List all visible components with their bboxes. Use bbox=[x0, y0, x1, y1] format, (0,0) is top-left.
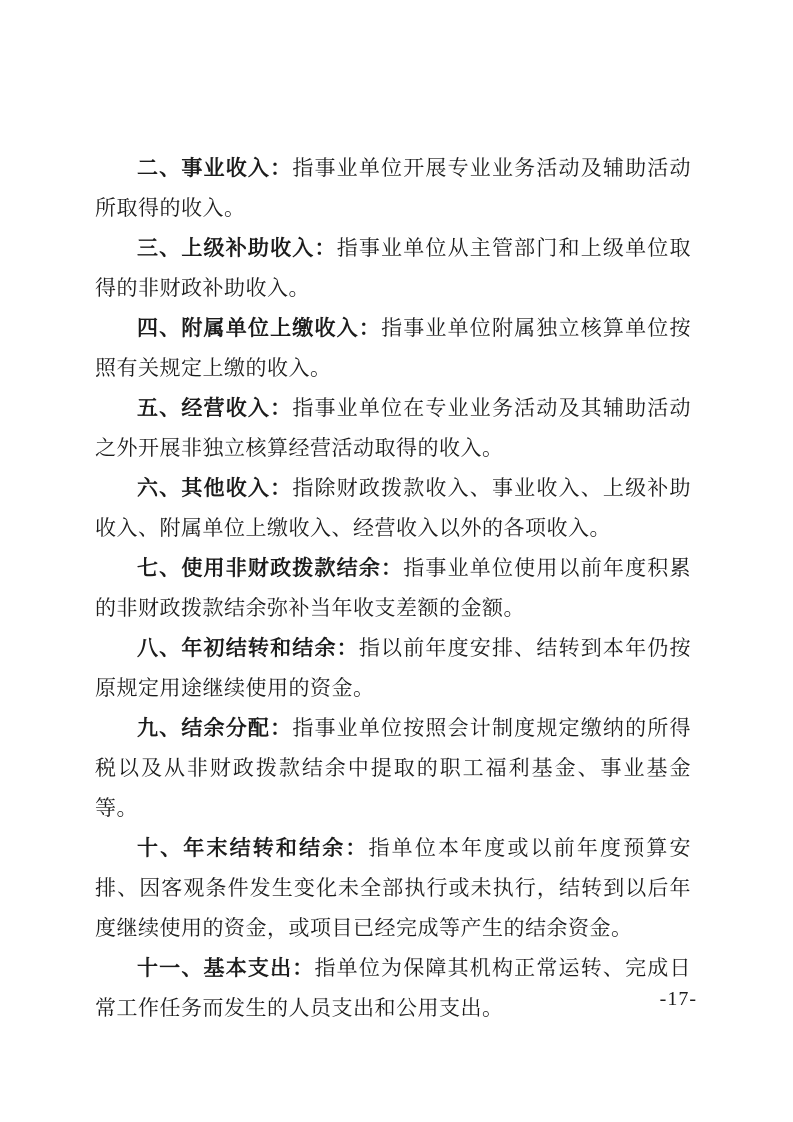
definition-paragraph: 五、经营收入：指事业单位在专业业务活动及其辅助活动之外开展非独立核算经营活动取得… bbox=[95, 388, 691, 468]
term-label: 九、结余分配： bbox=[137, 716, 292, 740]
term-label: 十、年末结转和结余： bbox=[137, 836, 369, 860]
definition-paragraph: 七、使用非财政拨款结余：指事业单位使用以前年度积累的非财政拨款结余弥补当年收支差… bbox=[95, 548, 691, 628]
page-number: -17- bbox=[660, 988, 697, 1011]
term-label: 三、上级补助收入： bbox=[137, 236, 337, 260]
term-label: 六、其他收入： bbox=[137, 476, 292, 500]
term-label: 十一、基本支出： bbox=[137, 956, 315, 980]
definition-paragraph: 四、附属单位上缴收入：指事业单位附属独立核算单位按照有关规定上缴的收入。 bbox=[95, 308, 691, 388]
definition-paragraph: 六、其他收入：指除财政拨款收入、事业收入、上级补助收入、附属单位上缴收入、经营收… bbox=[95, 468, 691, 548]
term-label: 七、使用非财政拨款结余： bbox=[137, 556, 403, 580]
definition-paragraph: 十一、基本支出：指单位为保障其机构正常运转、完成日常工作任务而发生的人员支出和公… bbox=[95, 948, 691, 1028]
definition-paragraph: 八、年初结转和结余：指以前年度安排、结转到本年仍按原规定用途继续使用的资金。 bbox=[95, 628, 691, 708]
definition-paragraph: 三、上级补助收入：指事业单位从主管部门和上级单位取得的非财政补助收入。 bbox=[95, 228, 691, 308]
document-page: 二、事业收入：指事业单位开展专业业务活动及辅助活动所取得的收入。 三、上级补助收… bbox=[0, 0, 793, 1122]
term-label: 八、年初结转和结余： bbox=[137, 636, 359, 660]
term-label: 二、事业收入： bbox=[137, 156, 292, 180]
term-label: 四、附属单位上缴收入： bbox=[137, 316, 381, 340]
term-label: 五、经营收入： bbox=[137, 396, 292, 420]
definition-paragraph: 十、年末结转和结余：指单位本年度或以前年度预算安排、因客观条件发生变化未全部执行… bbox=[95, 828, 691, 948]
definition-paragraph: 九、结余分配：指事业单位按照会计制度规定缴纳的所得税以及从非财政拨款结余中提取的… bbox=[95, 708, 691, 828]
document-body: 二、事业收入：指事业单位开展专业业务活动及辅助活动所取得的收入。 三、上级补助收… bbox=[95, 148, 691, 1028]
definition-paragraph: 二、事业收入：指事业单位开展专业业务活动及辅助活动所取得的收入。 bbox=[95, 148, 691, 228]
